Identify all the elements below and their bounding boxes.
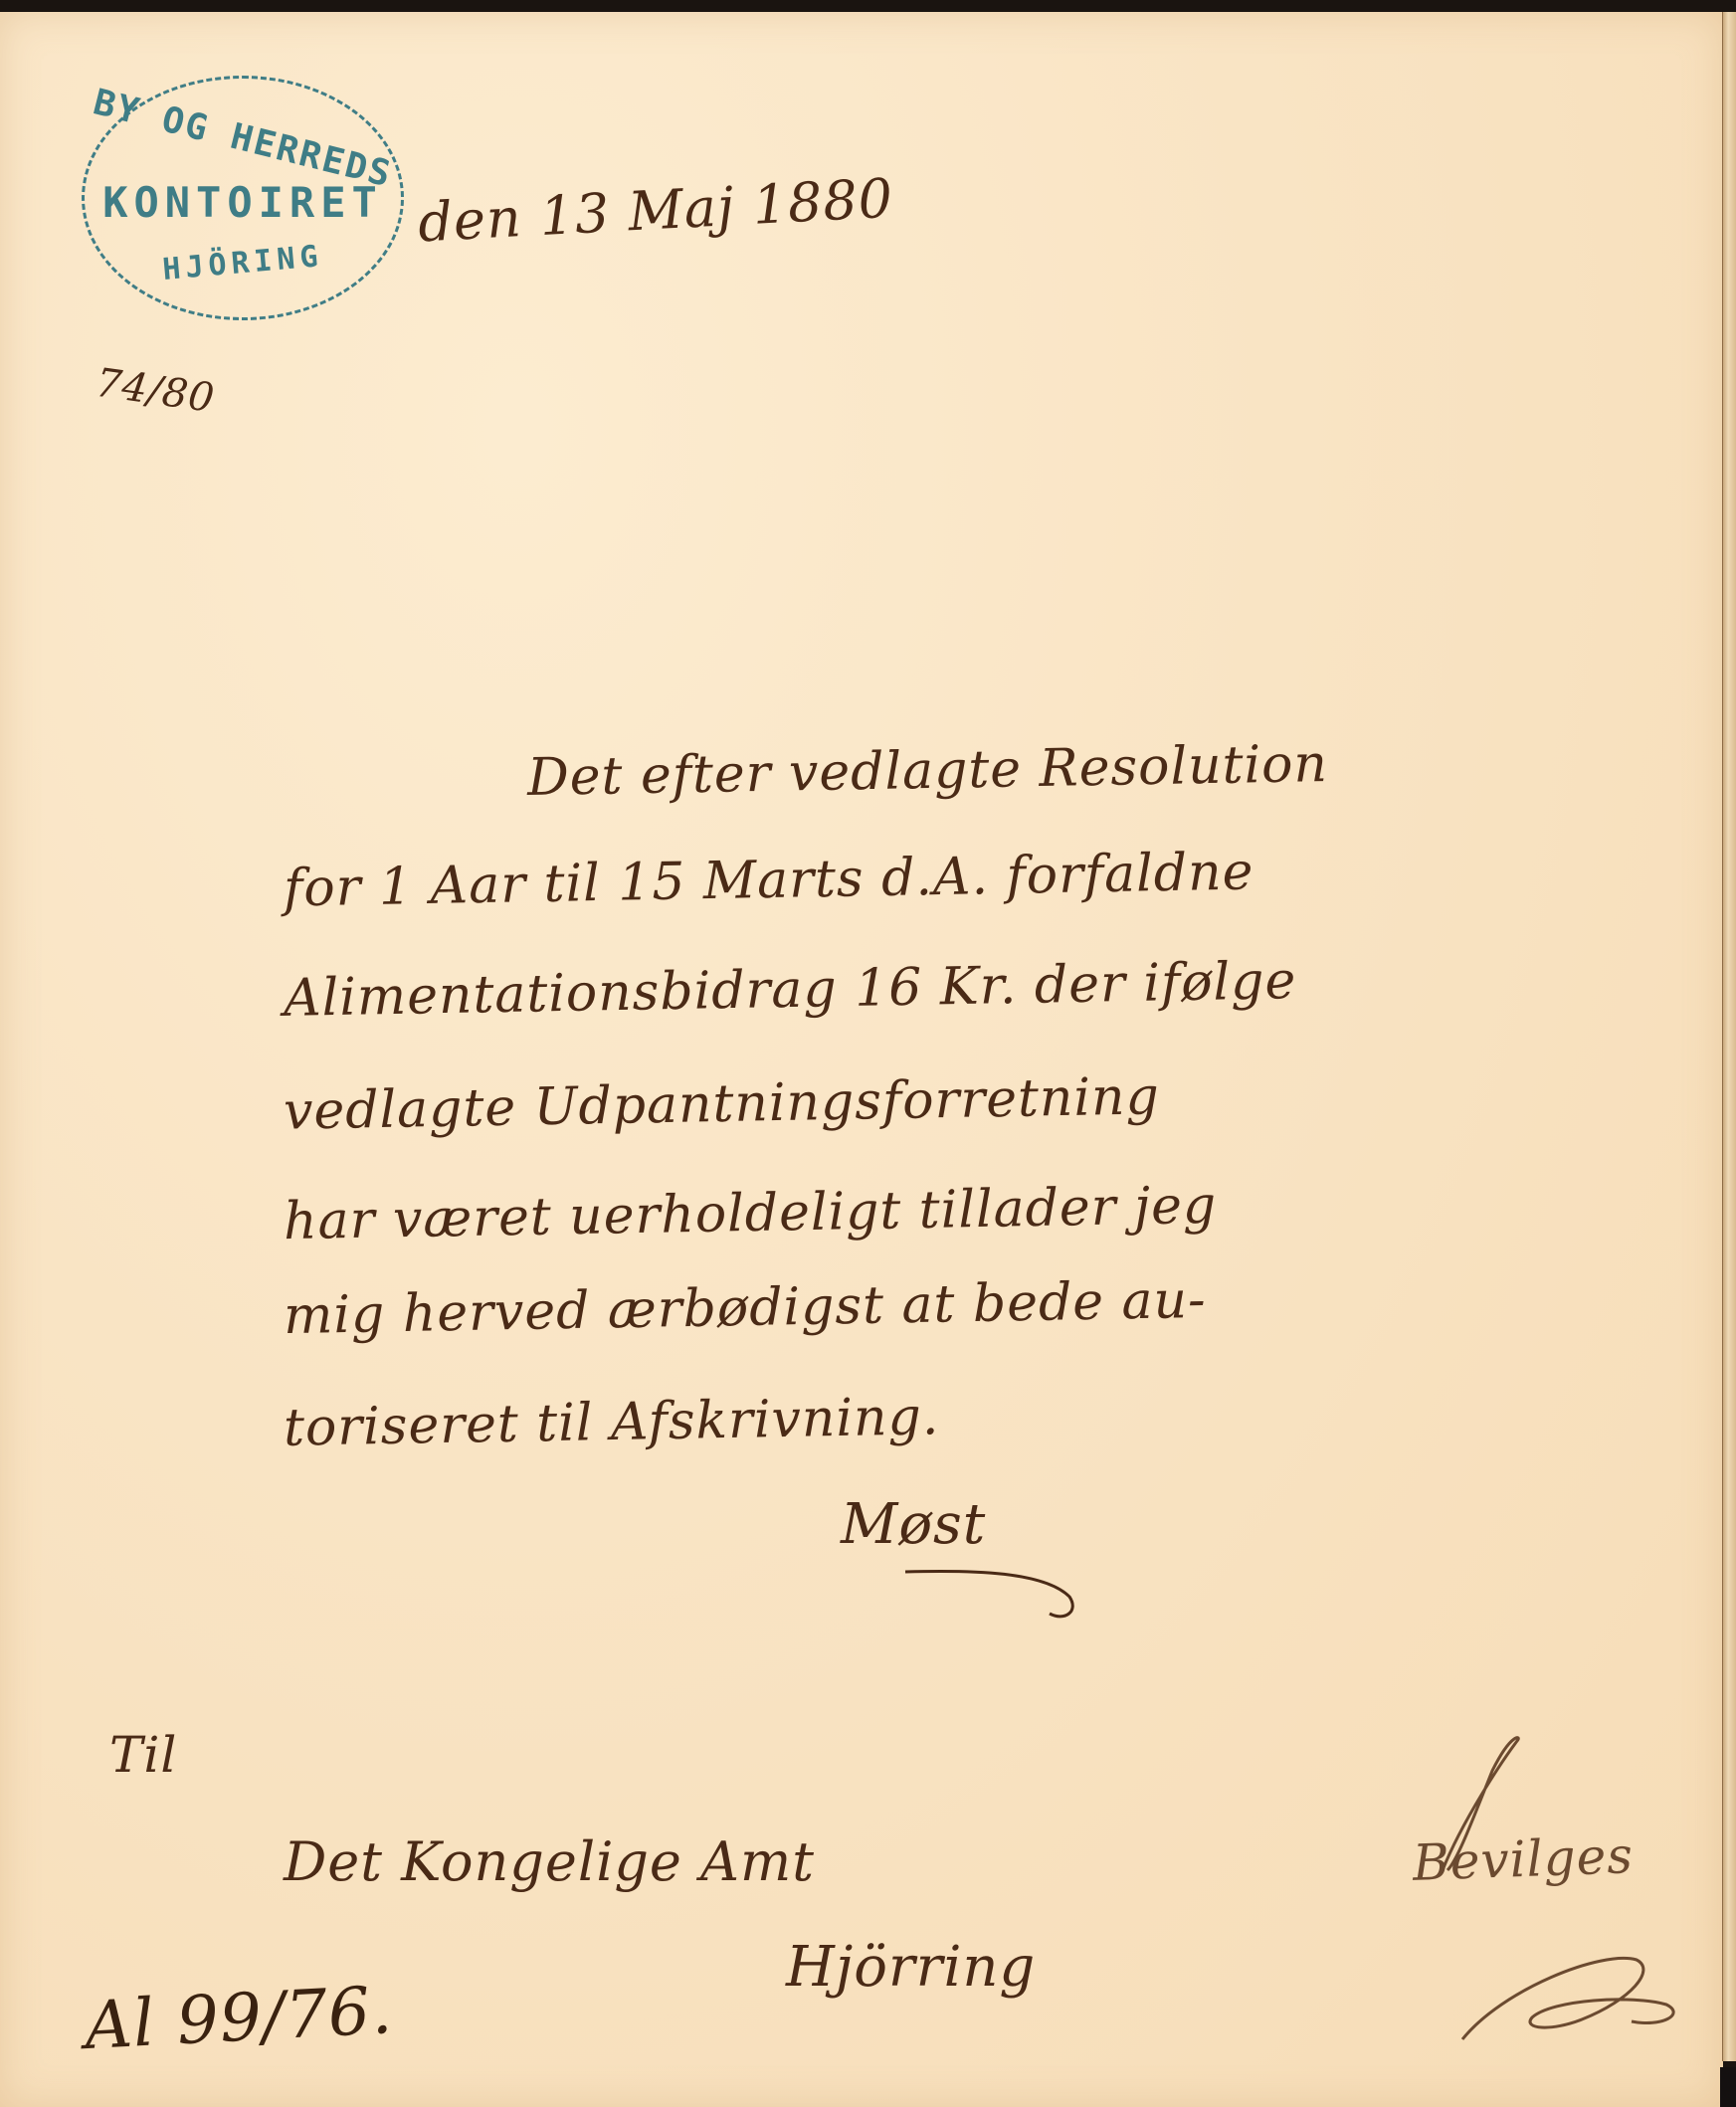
address-to-label: Til [109, 1726, 177, 1784]
margin-note-capital-stroke-icon [1433, 1731, 1532, 1880]
page-edge [1722, 12, 1736, 2061]
stamp-line-3: HJÖRING [84, 232, 402, 294]
scan-border [1720, 2067, 1736, 2107]
margin-initial-flourish-icon [1452, 1940, 1691, 2049]
body-line-7: toriseret til Afskrivning. [284, 1387, 940, 1457]
address-recipient: Det Kongelige Amt [284, 1830, 815, 1893]
stamp-line-2: KONTOIRET [85, 178, 401, 227]
signature-flourish-icon [895, 1552, 1094, 1631]
archive-reference: Al 99/76. [83, 1972, 395, 2064]
office-stamp: BY OG HERREDS KONTOIRET HJÖRING [82, 76, 404, 320]
address-city: Hjörring [786, 1935, 1036, 2000]
signature: Møst [841, 1492, 986, 1557]
